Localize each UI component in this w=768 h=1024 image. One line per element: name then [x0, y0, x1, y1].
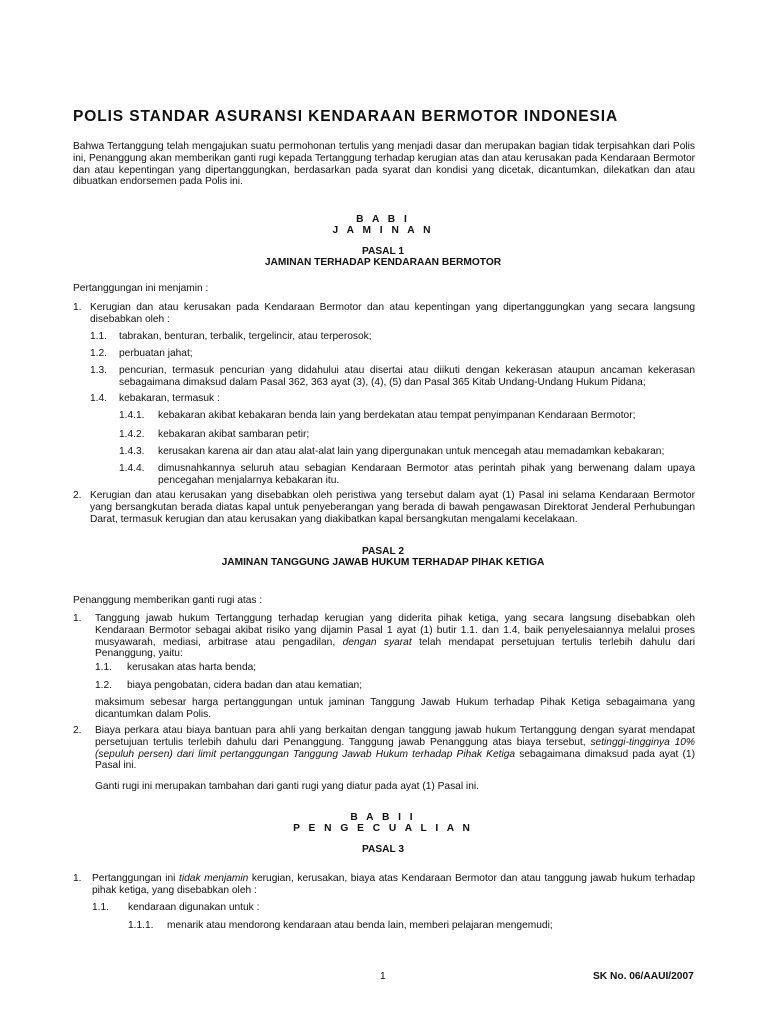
- pasal2-sub-text: kerusakan atas harta benda;: [127, 662, 695, 674]
- pasal2-sub-text: biaya pengobatan, cidera badan dan atau …: [127, 680, 695, 692]
- pasal2-item1-number: 1.: [73, 613, 82, 625]
- pasal1-subsub-text: kebakaran akibat kebakaran benda lain ya…: [158, 410, 695, 422]
- pasal1-subsub-number: 1.4.4.: [119, 463, 145, 475]
- pasal1-lead: Pertanggungan ini menjamin :: [73, 283, 208, 295]
- document-reference: SK No. 06/AAUI/2007: [593, 971, 694, 982]
- pasal3-sub-text: kendaraan digunakan untuk :: [128, 902, 695, 914]
- pasal1-item2-number: 2.: [73, 490, 82, 502]
- pasal3-subsub-text: menarik atau mendorong kendaraan atau be…: [167, 920, 695, 932]
- pasal1-subsub-number: 1.4.2.: [119, 429, 145, 441]
- document-page: POLIS STANDAR ASURANSI KENDARAAN BERMOTO…: [0, 0, 768, 1024]
- pasal2-sub-number: 1.2.: [95, 680, 112, 692]
- pasal1-sub-number: 1.3.: [90, 365, 107, 377]
- pasal1-item1-number: 1.: [73, 302, 82, 314]
- pasal1-item1-text: Kerugian dan atau kerusakan pada Kendara…: [90, 302, 695, 326]
- pasal3-sub-number: 1.1.: [92, 902, 109, 914]
- pasal1-sub-number: 1.4.: [90, 393, 107, 405]
- pasal1-sub-text: tabrakan, benturan, terbalik, tergelinci…: [119, 331, 695, 343]
- pasal1-sub-text: kebakaran, termasuk :: [119, 393, 695, 405]
- pasal1-subsub-text: kebakaran akibat sambaran petir;: [158, 429, 695, 441]
- pasal1-subsub-text: kerusakan karena air dan atau alat-alat …: [158, 446, 695, 458]
- pasal1-sub-number: 1.2.: [90, 348, 107, 360]
- bab1-subheading: J A M I N A N: [73, 225, 693, 237]
- intro-paragraph: Bahwa Tertanggung telah mengajukan suatu…: [73, 141, 695, 188]
- pasal2-item1-tail: maksimum sebesar harga pertanggungan unt…: [95, 697, 695, 721]
- pasal1-item2-text: Kerugian dan atau kerusakan yang disebab…: [90, 490, 695, 525]
- pasal2-subheading: JAMINAN TANGGUNG JAWAB HUKUM TERHADAP PI…: [73, 557, 693, 569]
- pasal1-sub-text: pencurian, termasuk pencurian yang didah…: [119, 365, 695, 389]
- pasal1-subsub-number: 1.4.1.: [119, 410, 145, 422]
- document-title: POLIS STANDAR ASURANSI KENDARAAN BERMOTO…: [73, 108, 618, 126]
- page-number: 1: [380, 971, 386, 982]
- pasal1-subheading: JAMINAN TERHADAP KENDARAAN BERMOTOR: [73, 257, 693, 269]
- pasal1-subsub-text: dimusnahkannya seluruh atau sebagian Ken…: [158, 463, 695, 487]
- pasal3-item1-number: 1.: [73, 873, 82, 885]
- pasal2-item2-text: Biaya perkara atau biaya bantuan para ah…: [95, 725, 695, 772]
- pasal3-item1-text: Pertanggungan ini tidak menjamin kerugia…: [92, 873, 695, 897]
- pasal1-sub-text: perbuatan jahat;: [119, 348, 695, 360]
- pasal1-subsub-number: 1.4.3.: [119, 446, 145, 458]
- pasal2-item1-text: Tanggung jawab hukum Tertanggung terhada…: [95, 613, 695, 660]
- pasal3-subsub-number: 1.1.1.: [128, 920, 154, 932]
- bab2-subheading: P E N G E C U A L I A N: [73, 823, 693, 835]
- pasal2-item2-tail: Ganti rugi ini merupakan tambahan dari g…: [95, 781, 695, 793]
- pasal1-sub-number: 1.1.: [90, 331, 107, 343]
- pasal2-item2-number: 2.: [73, 725, 82, 737]
- pasal2-lead: Penanggung memberikan ganti rugi atas :: [73, 595, 262, 607]
- pasal3-heading: PASAL 3: [73, 844, 693, 856]
- pasal2-sub-number: 1.1.: [95, 662, 112, 674]
